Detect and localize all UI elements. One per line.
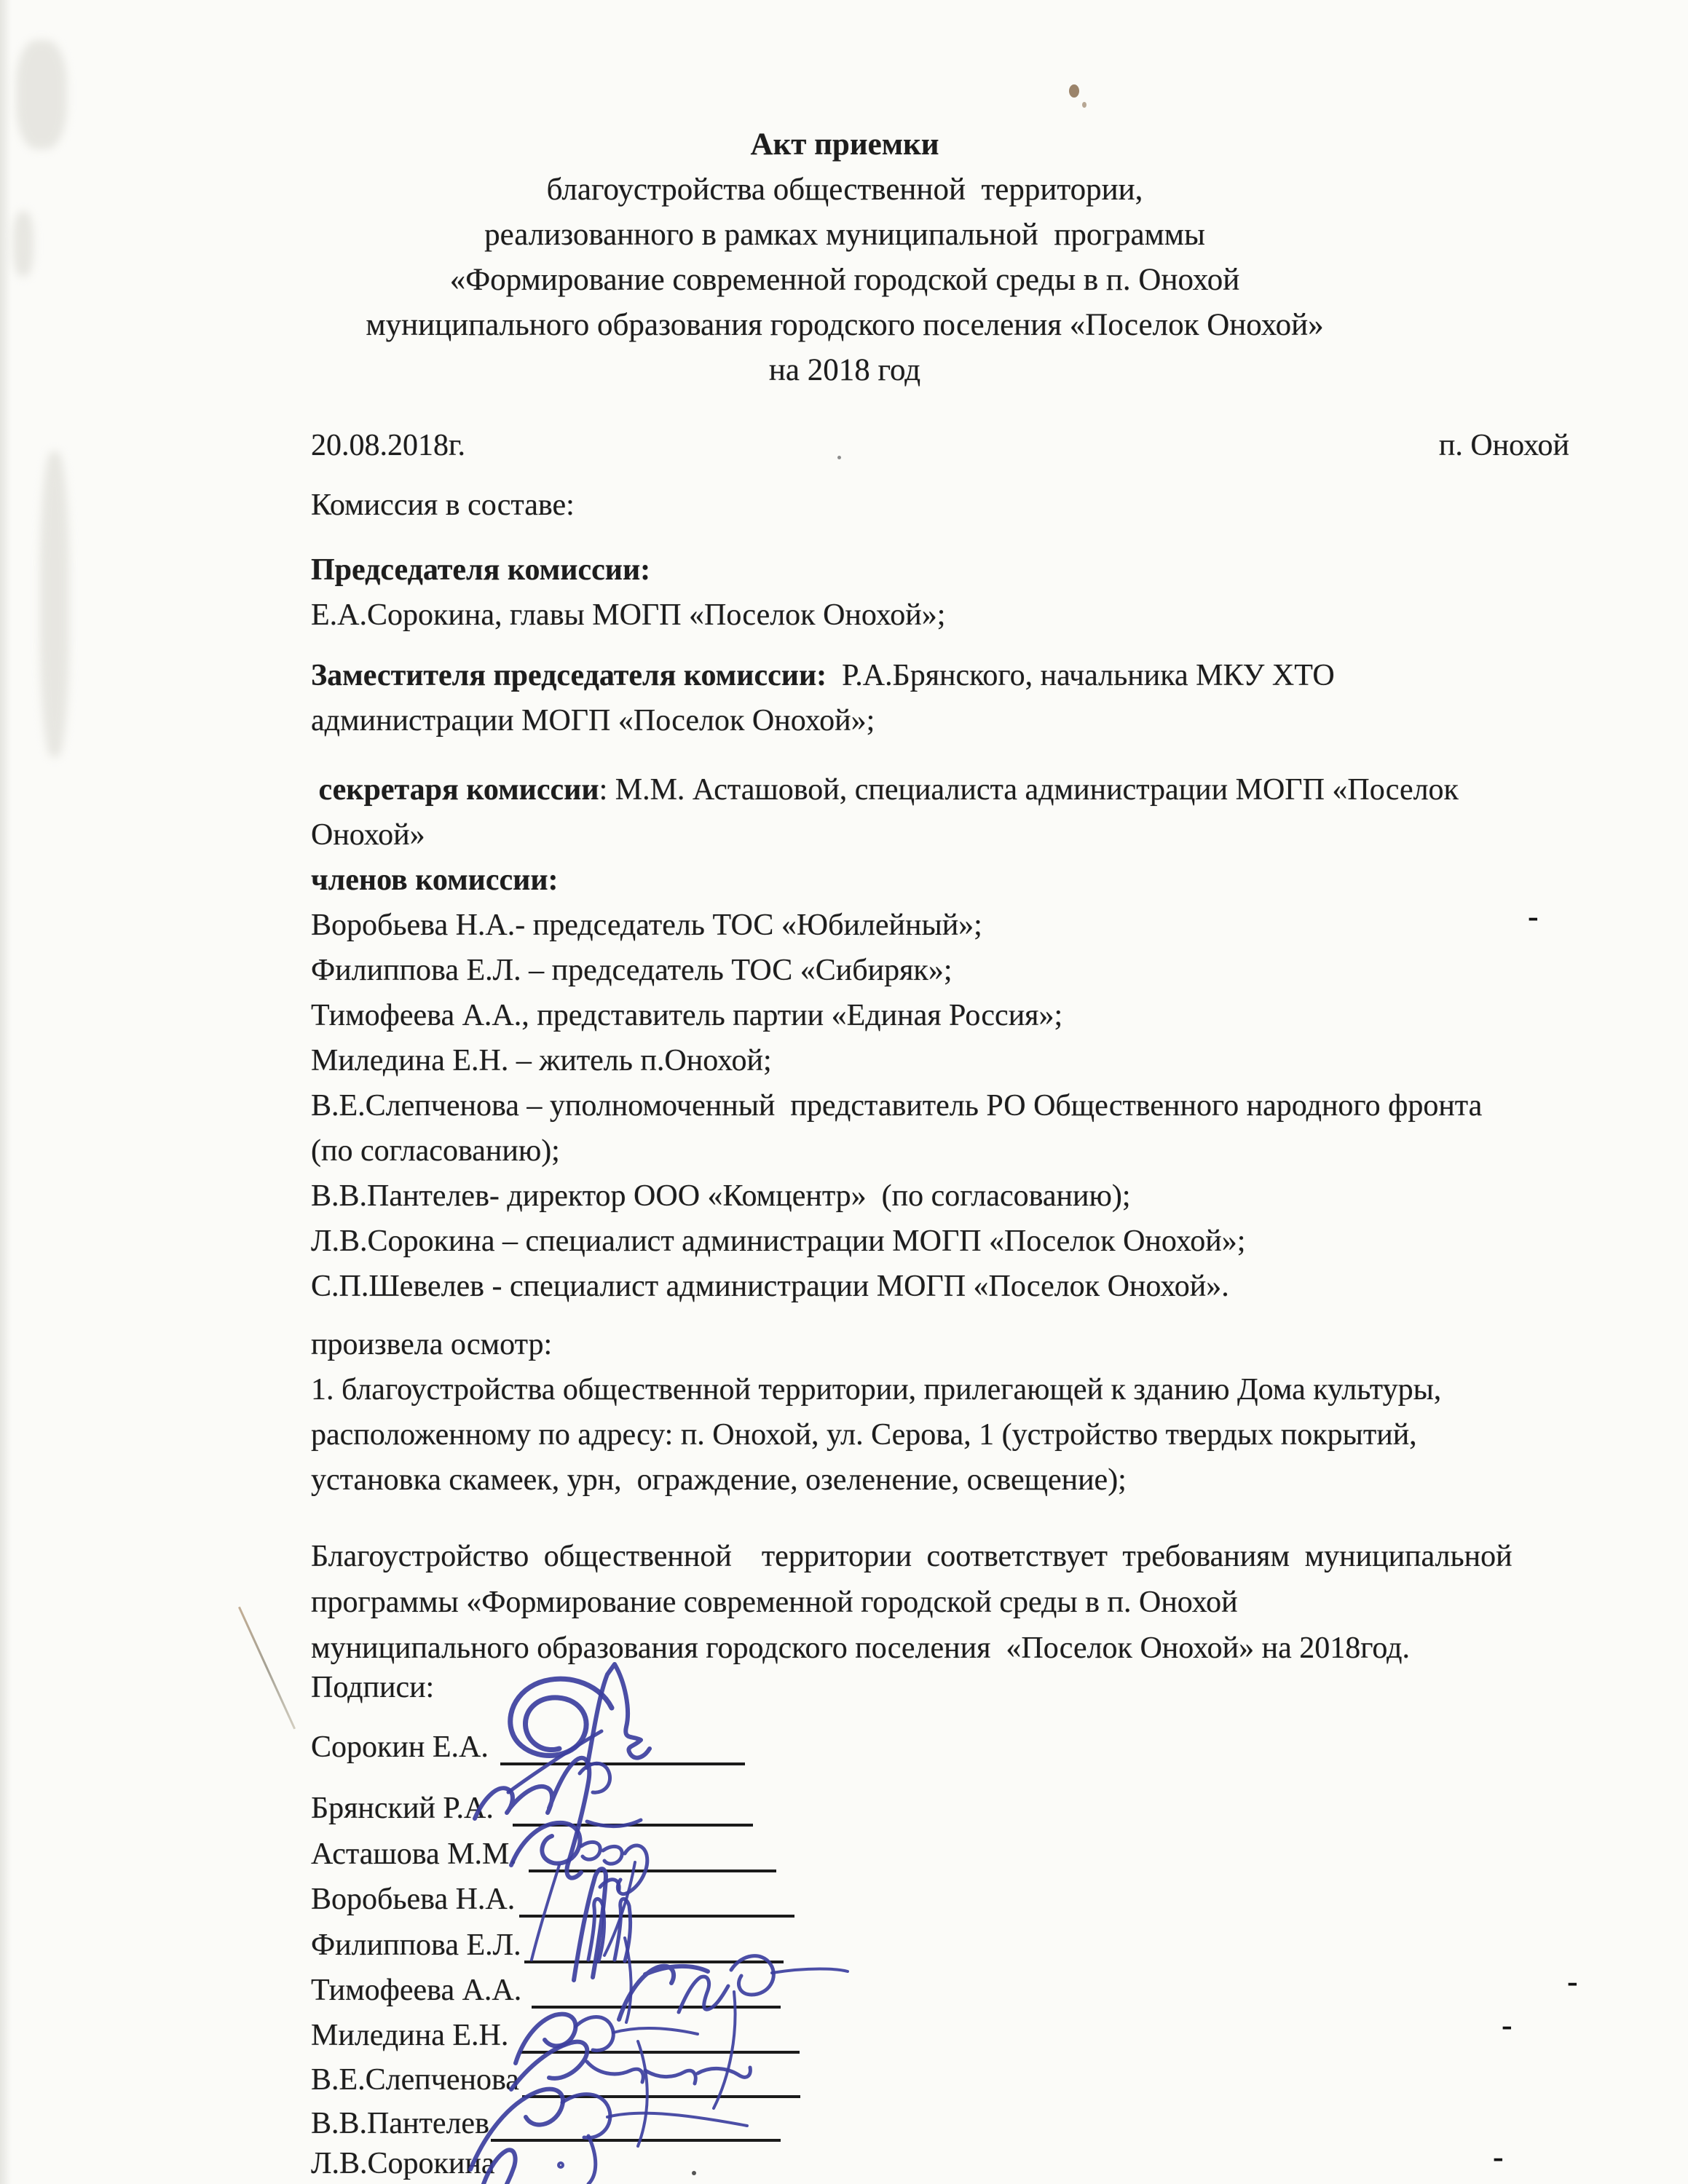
stray-dash: - [1528, 898, 1539, 935]
scan-scratch-line [238, 1607, 296, 1730]
member-line: С.П.Шевелев - специалист администрации М… [311, 1267, 1229, 1305]
chairman-label: Председателя комиссии: [311, 553, 650, 587]
signature-line [529, 1848, 776, 1872]
deputy-value-2: администрации МОГП «Поселок Онохой»; [311, 702, 875, 740]
inspection-line: 1. благоустройства общественной территор… [311, 1371, 1441, 1409]
member-line: Воробьева Н.А.- председатель ТОС «Юбилей… [311, 906, 982, 944]
scan-speck [1069, 84, 1079, 98]
chairman-label-line: Председателя комиссии: [311, 551, 650, 589]
signature-sorokina-lv [484, 2150, 563, 2184]
signature-row: Воробьева Н.А. [311, 1880, 794, 1918]
deputy-label: Заместителя председателя комиссии: [311, 659, 827, 692]
secretary-value-1: : М.М. Асташовой, специалиста администра… [599, 773, 1459, 807]
scan-edge-shadow [0, 0, 12, 2184]
title-subtitle-line: «Формирование современной городской сред… [109, 258, 1580, 303]
signature-row: В.В.Пантелев [311, 2105, 781, 2143]
secretary-label: секретаря комиссии [311, 773, 599, 807]
secretary-line-1: секретаря комиссии: М.М. Асташовой, спец… [311, 771, 1459, 809]
member-line: (по согласованию); [311, 1132, 560, 1170]
signature-row: В.Е.Слепченова [311, 2061, 800, 2099]
conclusion-line: Благоустройство общественной территории … [311, 1538, 1513, 1575]
chairman-value: Е.А.Сорокина, главы МОГП «Поселок Онохой… [311, 596, 945, 634]
signer-name: В.В.Пантелев [311, 2107, 489, 2140]
document-title: Акт приемки [109, 122, 1580, 167]
title-subtitle-line: благоустройства общественной территории, [109, 167, 1580, 213]
document-title-block: Акт приемки благоустройства общественной… [109, 122, 1580, 393]
member-line: Филиппова Е.Л. – председатель ТОС «Сибир… [311, 951, 953, 989]
scan-smudge [13, 211, 33, 277]
document-place: п. Онохой [1439, 428, 1569, 463]
signer-name: Миледина Е.Н. [311, 2019, 508, 2052]
inspection-intro: произвела осмотр: [311, 1326, 552, 1364]
secretary-value-2: Онохой» [311, 816, 425, 854]
signature-line [513, 1802, 753, 1827]
signer-name: Асташова М.М. [311, 1837, 517, 1871]
signature-line [519, 1893, 794, 1918]
stray-dash: - [1567, 1963, 1578, 2001]
scan-dot [692, 2171, 696, 2175]
signature-line [491, 2117, 781, 2142]
conclusion-line: программы «Формирование современной горо… [311, 1583, 1238, 1621]
stray-dash: - [1493, 2138, 1504, 2176]
dateline: 20.08.2018г. п. Онохой [311, 428, 1569, 463]
signature-line [500, 1741, 745, 1765]
signer-name: Брянский Р.А. [311, 1792, 494, 1825]
signer-name: Сорокин Е.А. [311, 1730, 489, 1764]
title-year-line: на 2018 год [109, 348, 1580, 393]
inspection-line: расположенному по адресу: п. Онохой, ул.… [311, 1416, 1417, 1454]
member-line: Миледина Е.Н. – житель п.Онохой; [311, 1042, 772, 1080]
members-label: членов комиссии: [311, 861, 559, 899]
scan-speck [1082, 102, 1086, 108]
signer-name: Тимофеева А.А. [311, 1974, 521, 2007]
signature-line [522, 2073, 800, 2098]
signer-name: Воробьева Н.А. [311, 1883, 515, 1916]
inspection-line: установка скамеек, урн, ограждение, озел… [311, 1461, 1127, 1499]
signature-row: Л.В.Сорокина [311, 2145, 495, 2183]
title-subtitle-line: реализованного в рамках муниципальной пр… [109, 213, 1580, 258]
signer-name: Л.В.Сорокина [311, 2147, 495, 2180]
member-line: В.Е.Слепченова – уполномоченный представ… [311, 1087, 1482, 1125]
signature-line [520, 2029, 800, 2054]
scan-smudge [40, 451, 69, 757]
stray-dash: - [1502, 2006, 1513, 2044]
signatures-label: Подписи: [311, 1669, 434, 1706]
signature-row: Филиппова Е.Л. [311, 1926, 784, 1964]
conclusion-line: муниципального образования городского по… [311, 1629, 1410, 1667]
signature-row: Миледина Е.Н. [311, 2017, 800, 2054]
signer-name: Филиппова Е.Л. [311, 1928, 521, 1962]
deputy-value-1: Р.А.Брянского, начальника МКУ ХТО [827, 659, 1335, 692]
document-date: 20.08.2018г. [311, 428, 465, 463]
member-line: Тимофеева А.А., представитель партии «Ед… [311, 997, 1062, 1034]
scan-smudge [16, 40, 67, 149]
signature-row: Сорокин Е.А. [311, 1728, 745, 1766]
member-line: Л.В.Сорокина – специалист администрации … [311, 1222, 1245, 1260]
signature-row: Тимофеева А.А. [311, 1971, 781, 2009]
signer-name: В.Е.Слепченова [311, 2063, 519, 2097]
scanned-act-document: Акт приемки благоустройства общественной… [0, 0, 1688, 2184]
signature-line [524, 1939, 784, 1963]
signature-row: Асташова М.М. [311, 1835, 776, 1873]
commission-intro: Комиссия в составе: [311, 486, 575, 524]
deputy-line-1: Заместителя председателя комиссии: Р.А.Б… [311, 657, 1335, 695]
member-line: В.В.Пантелев- директор ООО «Комцентр» (п… [311, 1177, 1131, 1215]
title-subtitle-line: муниципального образования городского по… [109, 303, 1580, 348]
signature-line [532, 1984, 781, 2009]
signature-row: Брянский Р.А. [311, 1789, 753, 1827]
